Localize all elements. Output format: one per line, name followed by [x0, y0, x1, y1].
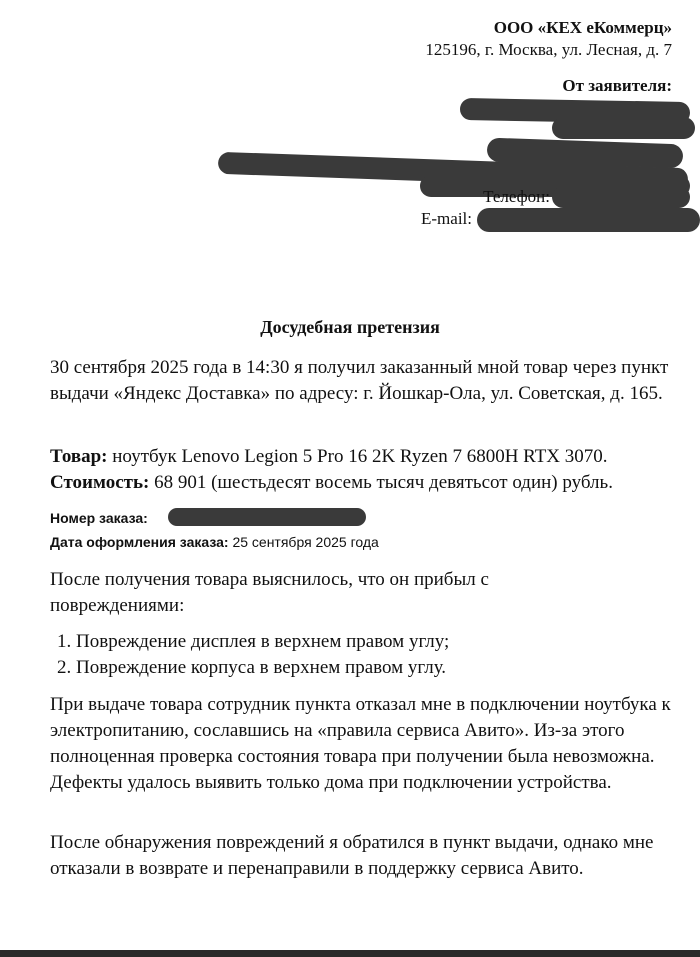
- product-line: Товар: ноутбук Lenovo Legion 5 Pro 16 2K…: [50, 444, 700, 470]
- email-label: E-mail:: [421, 208, 472, 230]
- cost-line: Стоимость: 68 901 (шестьдесят восемь тыс…: [50, 470, 700, 496]
- return-paragraph: После обнаружения повреждений я обратилс…: [50, 830, 690, 882]
- document-title: Досудебная претензия: [0, 317, 700, 338]
- order-date-value: 25 сентября 2025 года: [229, 534, 379, 550]
- refusal-paragraph: При выдаче товара сотрудник пункта отказ…: [50, 692, 680, 796]
- damage-list: Повреждение дисплея в верхнем правом угл…: [26, 629, 666, 681]
- order-date-line: Дата оформления заказа: 25 сентября 2025…: [50, 531, 690, 553]
- damage-item: Повреждение дисплея в верхнем правом угл…: [76, 629, 666, 655]
- order-date-label: Дата оформления заказа:: [50, 534, 229, 550]
- bottom-edge-bar: [0, 950, 700, 957]
- from-label: От заявителя:: [562, 75, 672, 97]
- email-redaction: [477, 208, 700, 232]
- product-label: Товар:: [50, 446, 108, 467]
- order-number-label: Номер заказа:: [50, 510, 148, 526]
- damage-intro: После получения товара выяснилось, что о…: [50, 567, 610, 619]
- phone-redaction: [552, 186, 690, 208]
- recipient-address: 125196, г. Москва, ул. Лесная, д. 7: [425, 39, 672, 61]
- product-value: ноутбук Lenovo Legion 5 Pro 16 2K Ryzen …: [108, 446, 608, 467]
- order-number-line: Номер заказа:: [50, 507, 690, 529]
- cost-value: 68 901 (шестьдесят восемь тысяч девятьсо…: [149, 472, 613, 493]
- phone-label: Телефон:: [483, 186, 550, 208]
- damage-item: Повреждение корпуса в верхнем правом угл…: [76, 655, 666, 681]
- redaction-mark: [552, 117, 695, 139]
- recipient-name: ООО «КЕХ еКоммерц»: [494, 17, 672, 39]
- cost-label: Стоимость:: [50, 472, 149, 493]
- order-number-redaction: [168, 508, 366, 526]
- document-page: ООО «КЕХ еКоммерц» 125196, г. Москва, ул…: [0, 0, 700, 950]
- intro-paragraph: 30 сентября 2025 года в 14:30 я получил …: [50, 355, 690, 407]
